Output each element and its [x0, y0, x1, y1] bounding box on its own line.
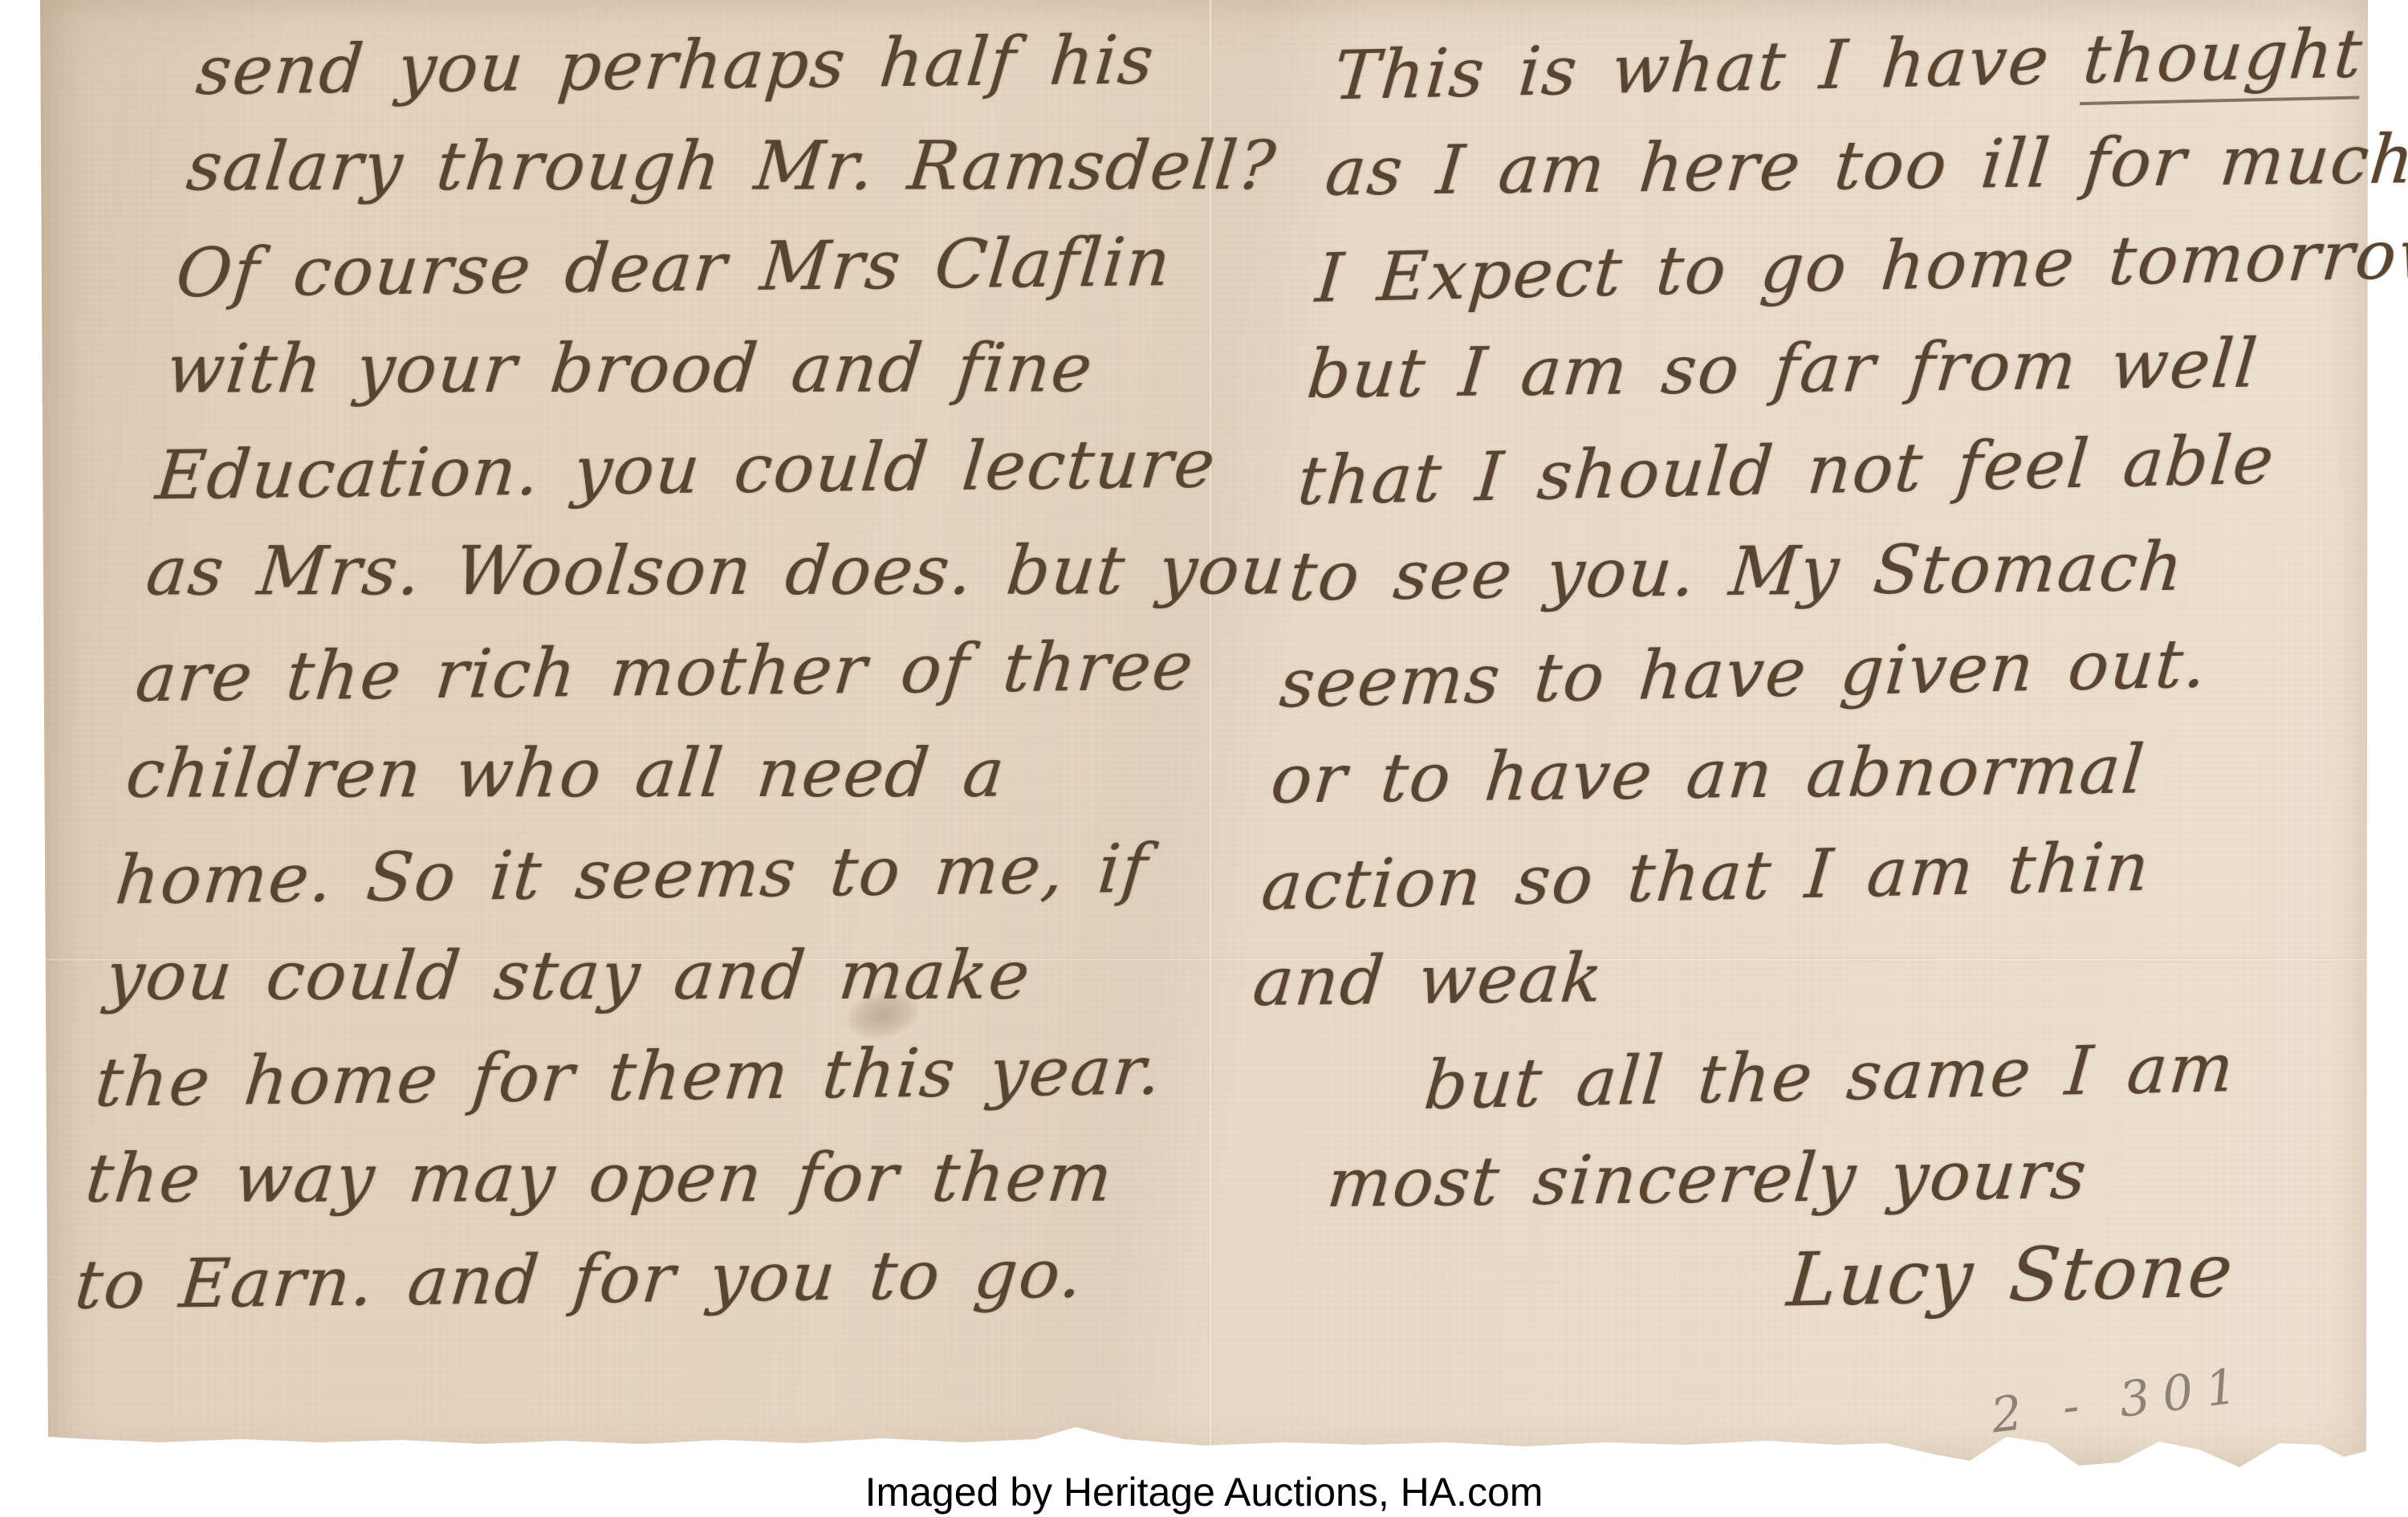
handwritten-line: home. So it seems to me, if: [112, 818, 1165, 931]
handwritten-line: salary through Mr. Ramsdell?: [182, 115, 1236, 217]
handwritten-line: send you perhaps half his: [192, 8, 1246, 121]
caption-imaged-by: Imaged by Heritage Auctions, HA.com: [0, 1469, 2408, 1515]
signature: Lucy Stone: [1784, 1219, 2298, 1332]
handwritten-line: that I should not feel able: [1294, 407, 2370, 531]
handwritten-line: or to have an abnormal: [1267, 717, 2343, 830]
handwritten-line: and weak: [1249, 919, 2325, 1032]
handwritten-line: action so that I am thin: [1258, 812, 2334, 937]
handwritten-line: with your brood and fine: [161, 317, 1215, 419]
handwritten-line: as Mrs. Woolson does. but you: [141, 519, 1195, 621]
handwritten-line: to see you. My Stomach: [1285, 514, 2361, 627]
handwritten-line: but I am so far from well: [1303, 311, 2379, 425]
handwritten-line: children who all need a: [121, 722, 1175, 824]
handwritten-line: I Expect to go home tomorrow: [1312, 205, 2389, 329]
handwritten-line: This is what I have thought: [1330, 2, 2406, 126]
handwritten-line: are the rich mother of three: [132, 616, 1186, 729]
handwritten-line: the home for them this year.: [91, 1020, 1145, 1133]
right-page-text: This is what I have thought as I am here…: [1222, 5, 2406, 1338]
handwritten-line: to Earn. and for you to go.: [71, 1222, 1125, 1336]
handwritten-line: Of course dear Mrs Claflin: [172, 210, 1226, 323]
closing-line: but all the same I am: [1420, 1015, 2316, 1136]
line-prefix: This is what I have: [1331, 20, 2086, 116]
underlined-word: thought: [2080, 14, 2366, 105]
scanned-letter-image: send you perhaps half his salary through…: [0, 0, 2408, 1517]
handwritten-line: seems to have given out.: [1275, 609, 2352, 734]
left-page-text: send you perhaps half his salary through…: [71, 11, 1246, 1332]
handwritten-line: as I am here too ill for much.: [1321, 108, 2398, 222]
handwritten-line: Education. you could lecture: [152, 413, 1206, 526]
handwritten-line: you could stay and make: [101, 925, 1155, 1027]
closing-line: most sincerely yours: [1323, 1121, 2307, 1234]
handwritten-line: the way may open for them: [81, 1127, 1135, 1229]
